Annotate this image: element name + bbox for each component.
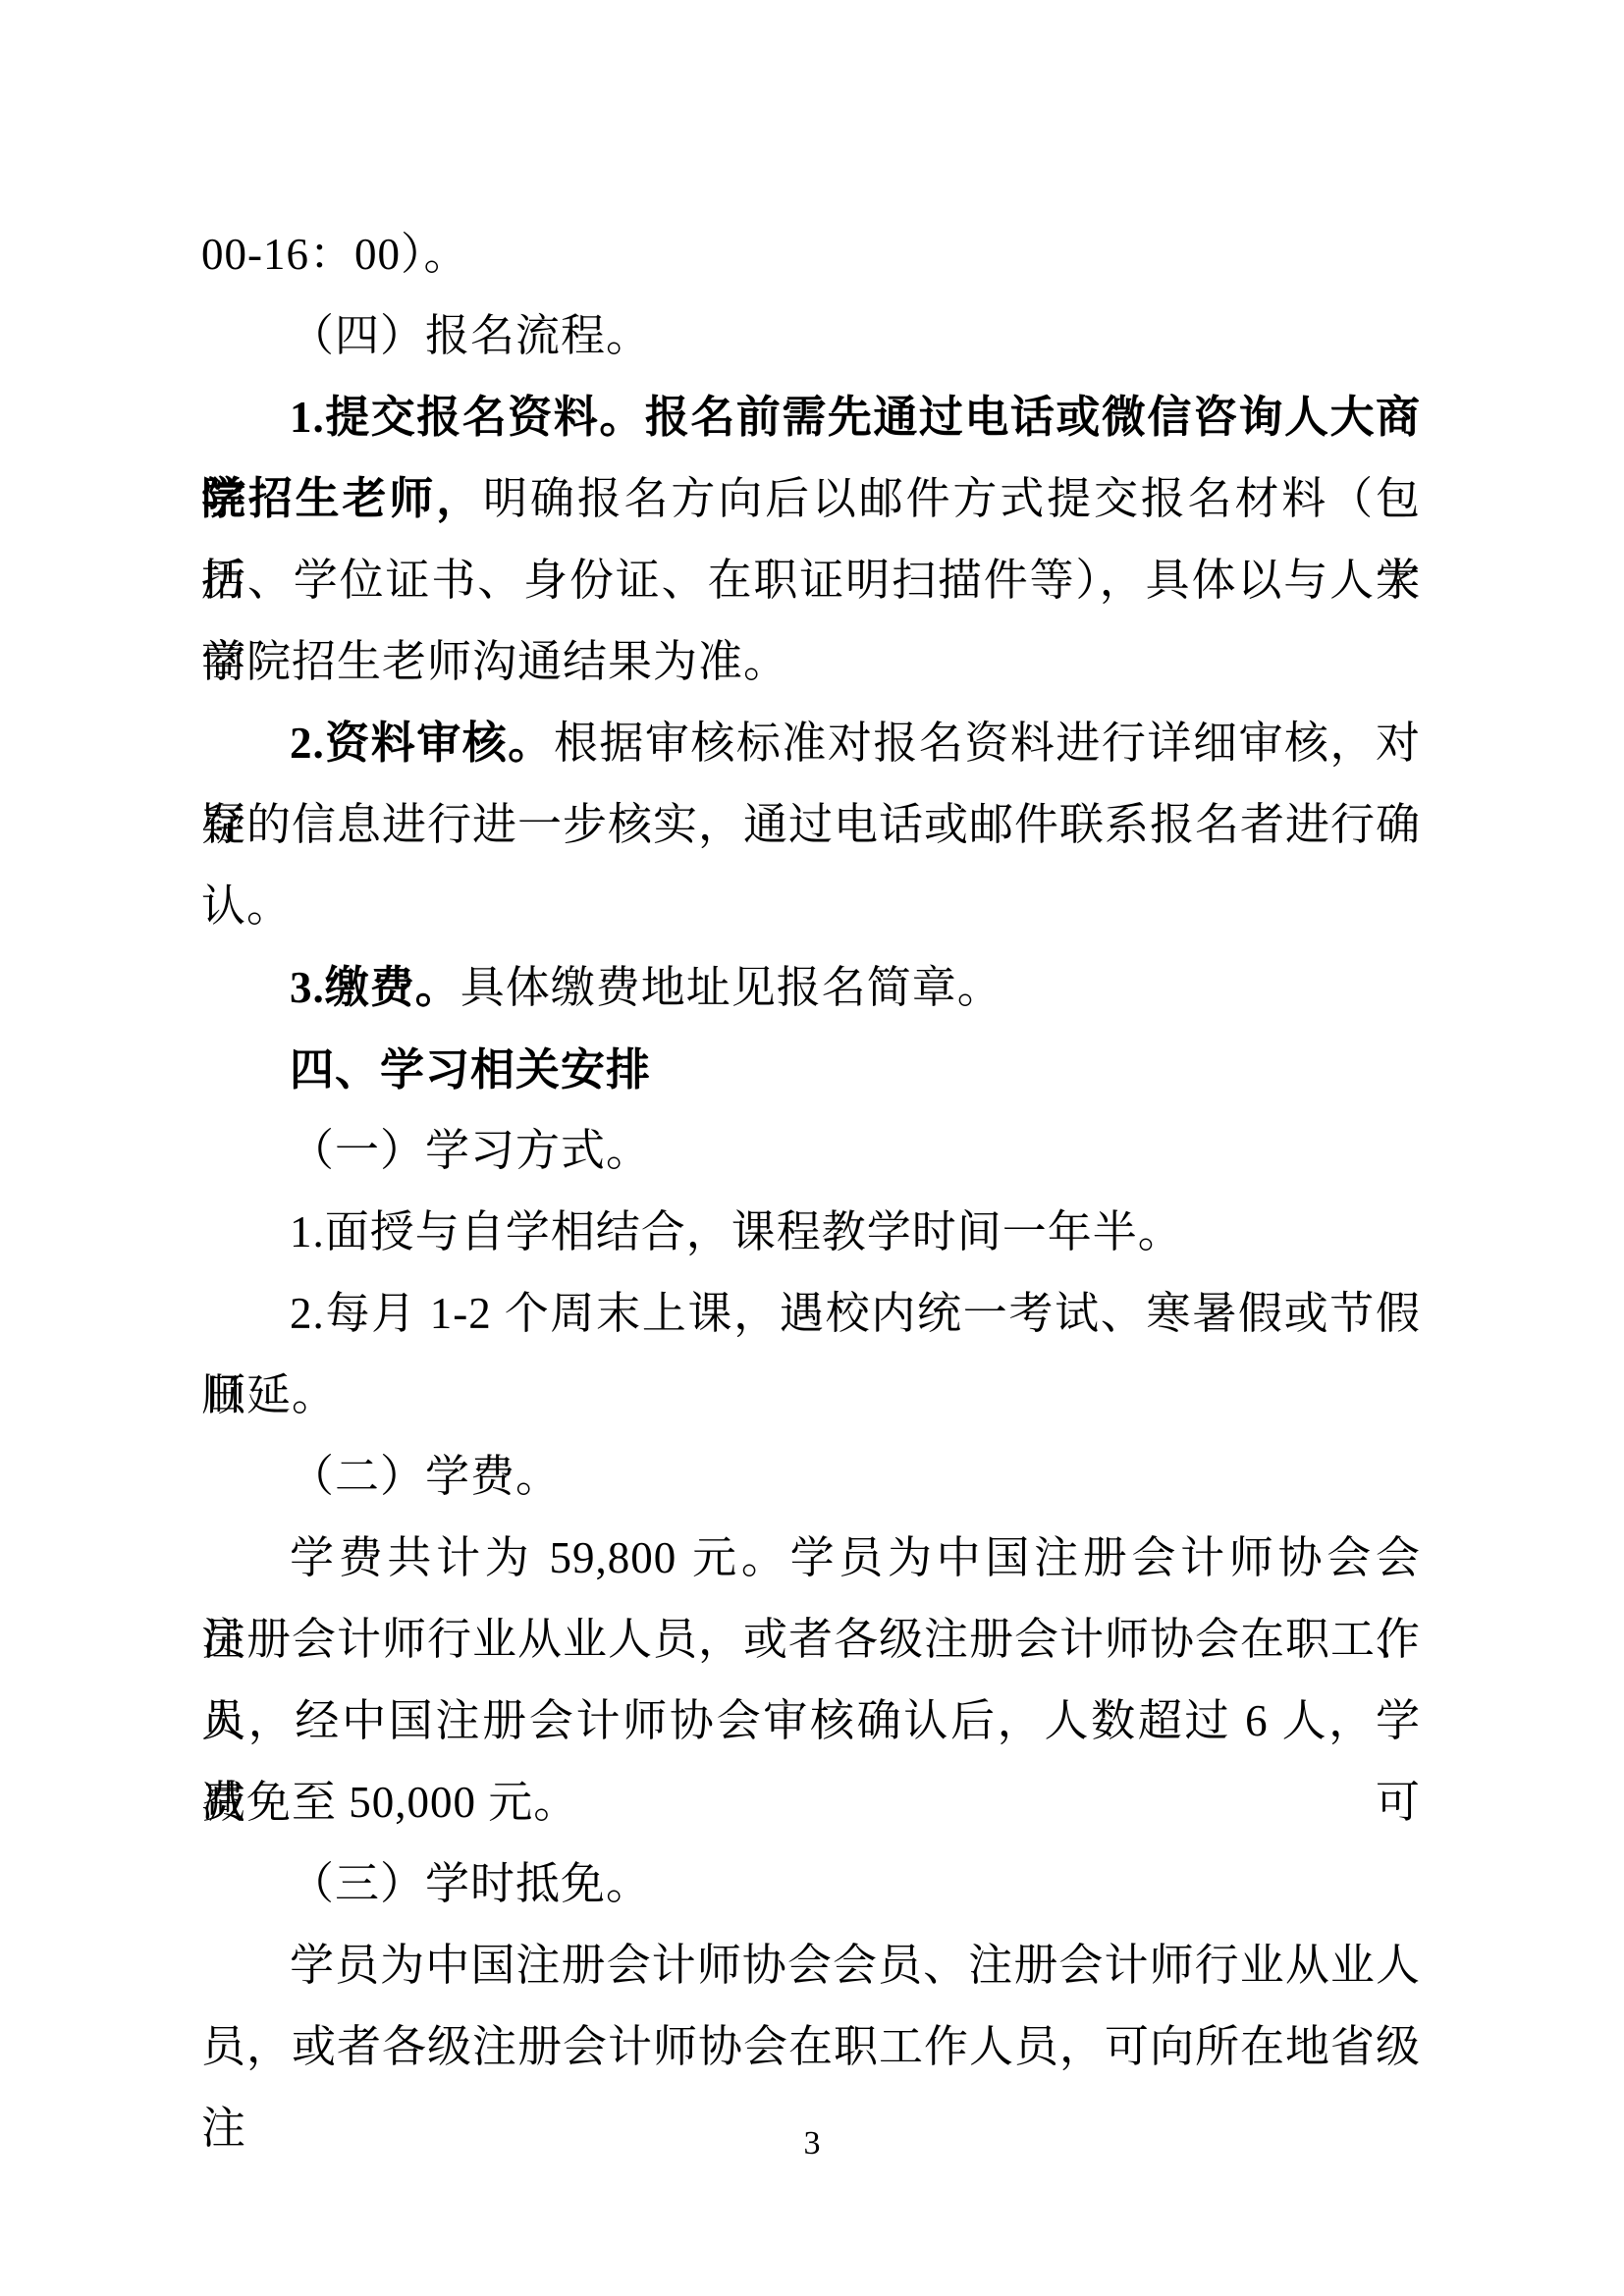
paragraph-line: 3.缴费。具体缴费地址见报名简章。	[201, 947, 1421, 1029]
document-page: 00-16：00）。 （四）报名流程。 1.提交报名资料。报名前需先通过电话或微…	[0, 0, 1624, 2296]
paragraph-line: 员，或者各级注册会计师协会在职工作人员，可向所在地省级注	[201, 2006, 1421, 2088]
bold-run: 3.缴费。	[290, 963, 460, 1012]
text-run: 认。	[201, 881, 292, 931]
paragraph-line: 顺延。	[201, 1355, 1421, 1436]
paragraph-line: 1.面授与自学相结合，课程教学时间一年半。	[201, 1192, 1421, 1273]
text-run: 疑的信息进行进一步核实，通过电话或邮件联系报名者进行确	[201, 800, 1421, 849]
paragraph-line: 历、学位证书、身份证、在职证明扫描件等），具体以与人大商	[201, 540, 1421, 621]
paragraph-line: 员，经中国注册会计师协会审核确认后，人数超过 6 人，学费可	[201, 1681, 1421, 1762]
bold-run: 2.资料审核。	[290, 719, 554, 768]
paragraph-line: 学费共计为 59,800 元。学员为中国注册会计师协会会员、	[201, 1518, 1421, 1599]
text-run: 顺延。	[201, 1370, 337, 1419]
paragraph-line: 学员为中国注册会计师协会会员、注册会计师行业从业人	[201, 1925, 1421, 2006]
paragraph-line: 1.提交报名资料。报名前需先通过电话或微信咨询人大商学	[201, 377, 1421, 458]
paragraph-line: 减免至 50,000 元。	[201, 1762, 1421, 1843]
text-run: （二）学费。	[290, 1452, 561, 1501]
paragraph-line: （一）学习方式。	[201, 1110, 1421, 1192]
paragraph-line: 注册会计师行业从业人员，或者各级注册会计师协会在职工作人	[201, 1599, 1421, 1681]
section-heading: 四、学习相关安排	[201, 1029, 1421, 1110]
text-run: 1.面授与自学相结合，课程教学时间一年半。	[290, 1207, 1183, 1256]
text-run: 学院招生老师沟通结果为准。	[201, 637, 788, 686]
paragraph-line: 2.资料审核。根据审核标准对报名资料进行详细审核，对存	[201, 703, 1421, 784]
text-run: （四）报名流程。	[290, 311, 651, 360]
paragraph-line: 院招生老师，明确报名方向后以邮件方式提交报名材料（包括学	[201, 458, 1421, 540]
paragraph-line: 学院招生老师沟通结果为准。	[201, 621, 1421, 703]
paragraph-line: 00-16：00）。	[201, 214, 1421, 295]
bold-run: 院招生老师，	[201, 474, 483, 523]
text-run: 学员为中国注册会计师协会会员、注册会计师行业从业人	[290, 1941, 1421, 1990]
text-run: 四、学习相关安排	[290, 1044, 651, 1095]
paragraph-line: 2.每月 1-2 个周末上课，遇校内统一考试、寒暑假或节假日	[201, 1273, 1421, 1355]
paragraph-line: 疑的信息进行进一步核实，通过电话或邮件联系报名者进行确	[201, 784, 1421, 866]
page-number: 3	[0, 2120, 1624, 2167]
paragraph-line: 认。	[201, 866, 1421, 947]
paragraph-line: （三）学时抵免。	[201, 1843, 1421, 1925]
text-run: （三）学时抵免。	[290, 1859, 651, 1908]
text-run: 减免至 50,000 元。	[201, 1778, 578, 1827]
text-run: （一）学习方式。	[290, 1126, 651, 1175]
text-run: 00-16：00）。	[201, 230, 469, 279]
paragraph-line: （四）报名流程。	[201, 295, 1421, 377]
text-run: 具体缴费地址见报名简章。	[460, 963, 1002, 1012]
paragraph-line: （二）学费。	[201, 1436, 1421, 1518]
